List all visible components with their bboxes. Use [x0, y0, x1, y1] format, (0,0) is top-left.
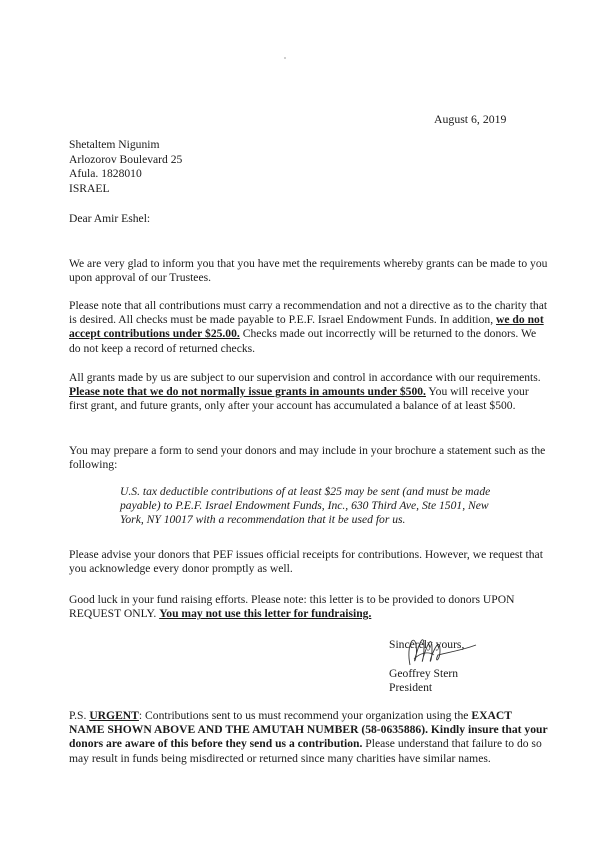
handwritten-signature-icon [400, 625, 480, 675]
minimum-grant-notice: Please note that we do not normally issu… [69, 385, 426, 398]
address-line: Arlozorov Boulevard 25 [69, 153, 182, 168]
postscript: P.S. URGENT: Contributions sent to us mu… [69, 709, 549, 766]
recipient-address: Shetaltem Nigunim Arlozorov Boulevard 25… [69, 138, 182, 196]
paragraph-good-luck: Good luck in your fund raising efforts. … [69, 593, 549, 621]
paragraph-grants: All grants made by us are subject to our… [69, 371, 549, 414]
paragraph-contributions: Please note that all contributions must … [69, 299, 549, 356]
paragraph-text: Please note that all contributions must … [69, 299, 547, 326]
ps-prefix: P.S. [69, 709, 89, 722]
ps-text: Contributions sent to us must recommend … [145, 709, 471, 722]
salutation: Dear Amir Eshel: [69, 212, 150, 226]
signer-title: President [389, 681, 464, 696]
address-line: ISRAEL [69, 182, 182, 197]
donor-statement-quote: U.S. tax deductible contributions of at … [120, 485, 510, 528]
paragraph-brochure: You may prepare a form to send your dono… [69, 444, 549, 472]
paragraph-receipts: Please advise your donors that PEF issue… [69, 548, 549, 576]
address-line: Afula. 1828010 [69, 167, 182, 182]
address-line: Shetaltem Nigunim [69, 138, 182, 153]
scan-speck [284, 57, 286, 59]
paragraph-text: All grants made by us are subject to our… [69, 371, 541, 384]
paragraph-eligibility: We are very glad to inform you that you … [69, 257, 549, 285]
letter-date: August 6, 2019 [434, 112, 506, 126]
urgent-label: URGENT [89, 709, 139, 722]
no-fundraising-notice: You may not use this letter for fundrais… [159, 607, 371, 620]
